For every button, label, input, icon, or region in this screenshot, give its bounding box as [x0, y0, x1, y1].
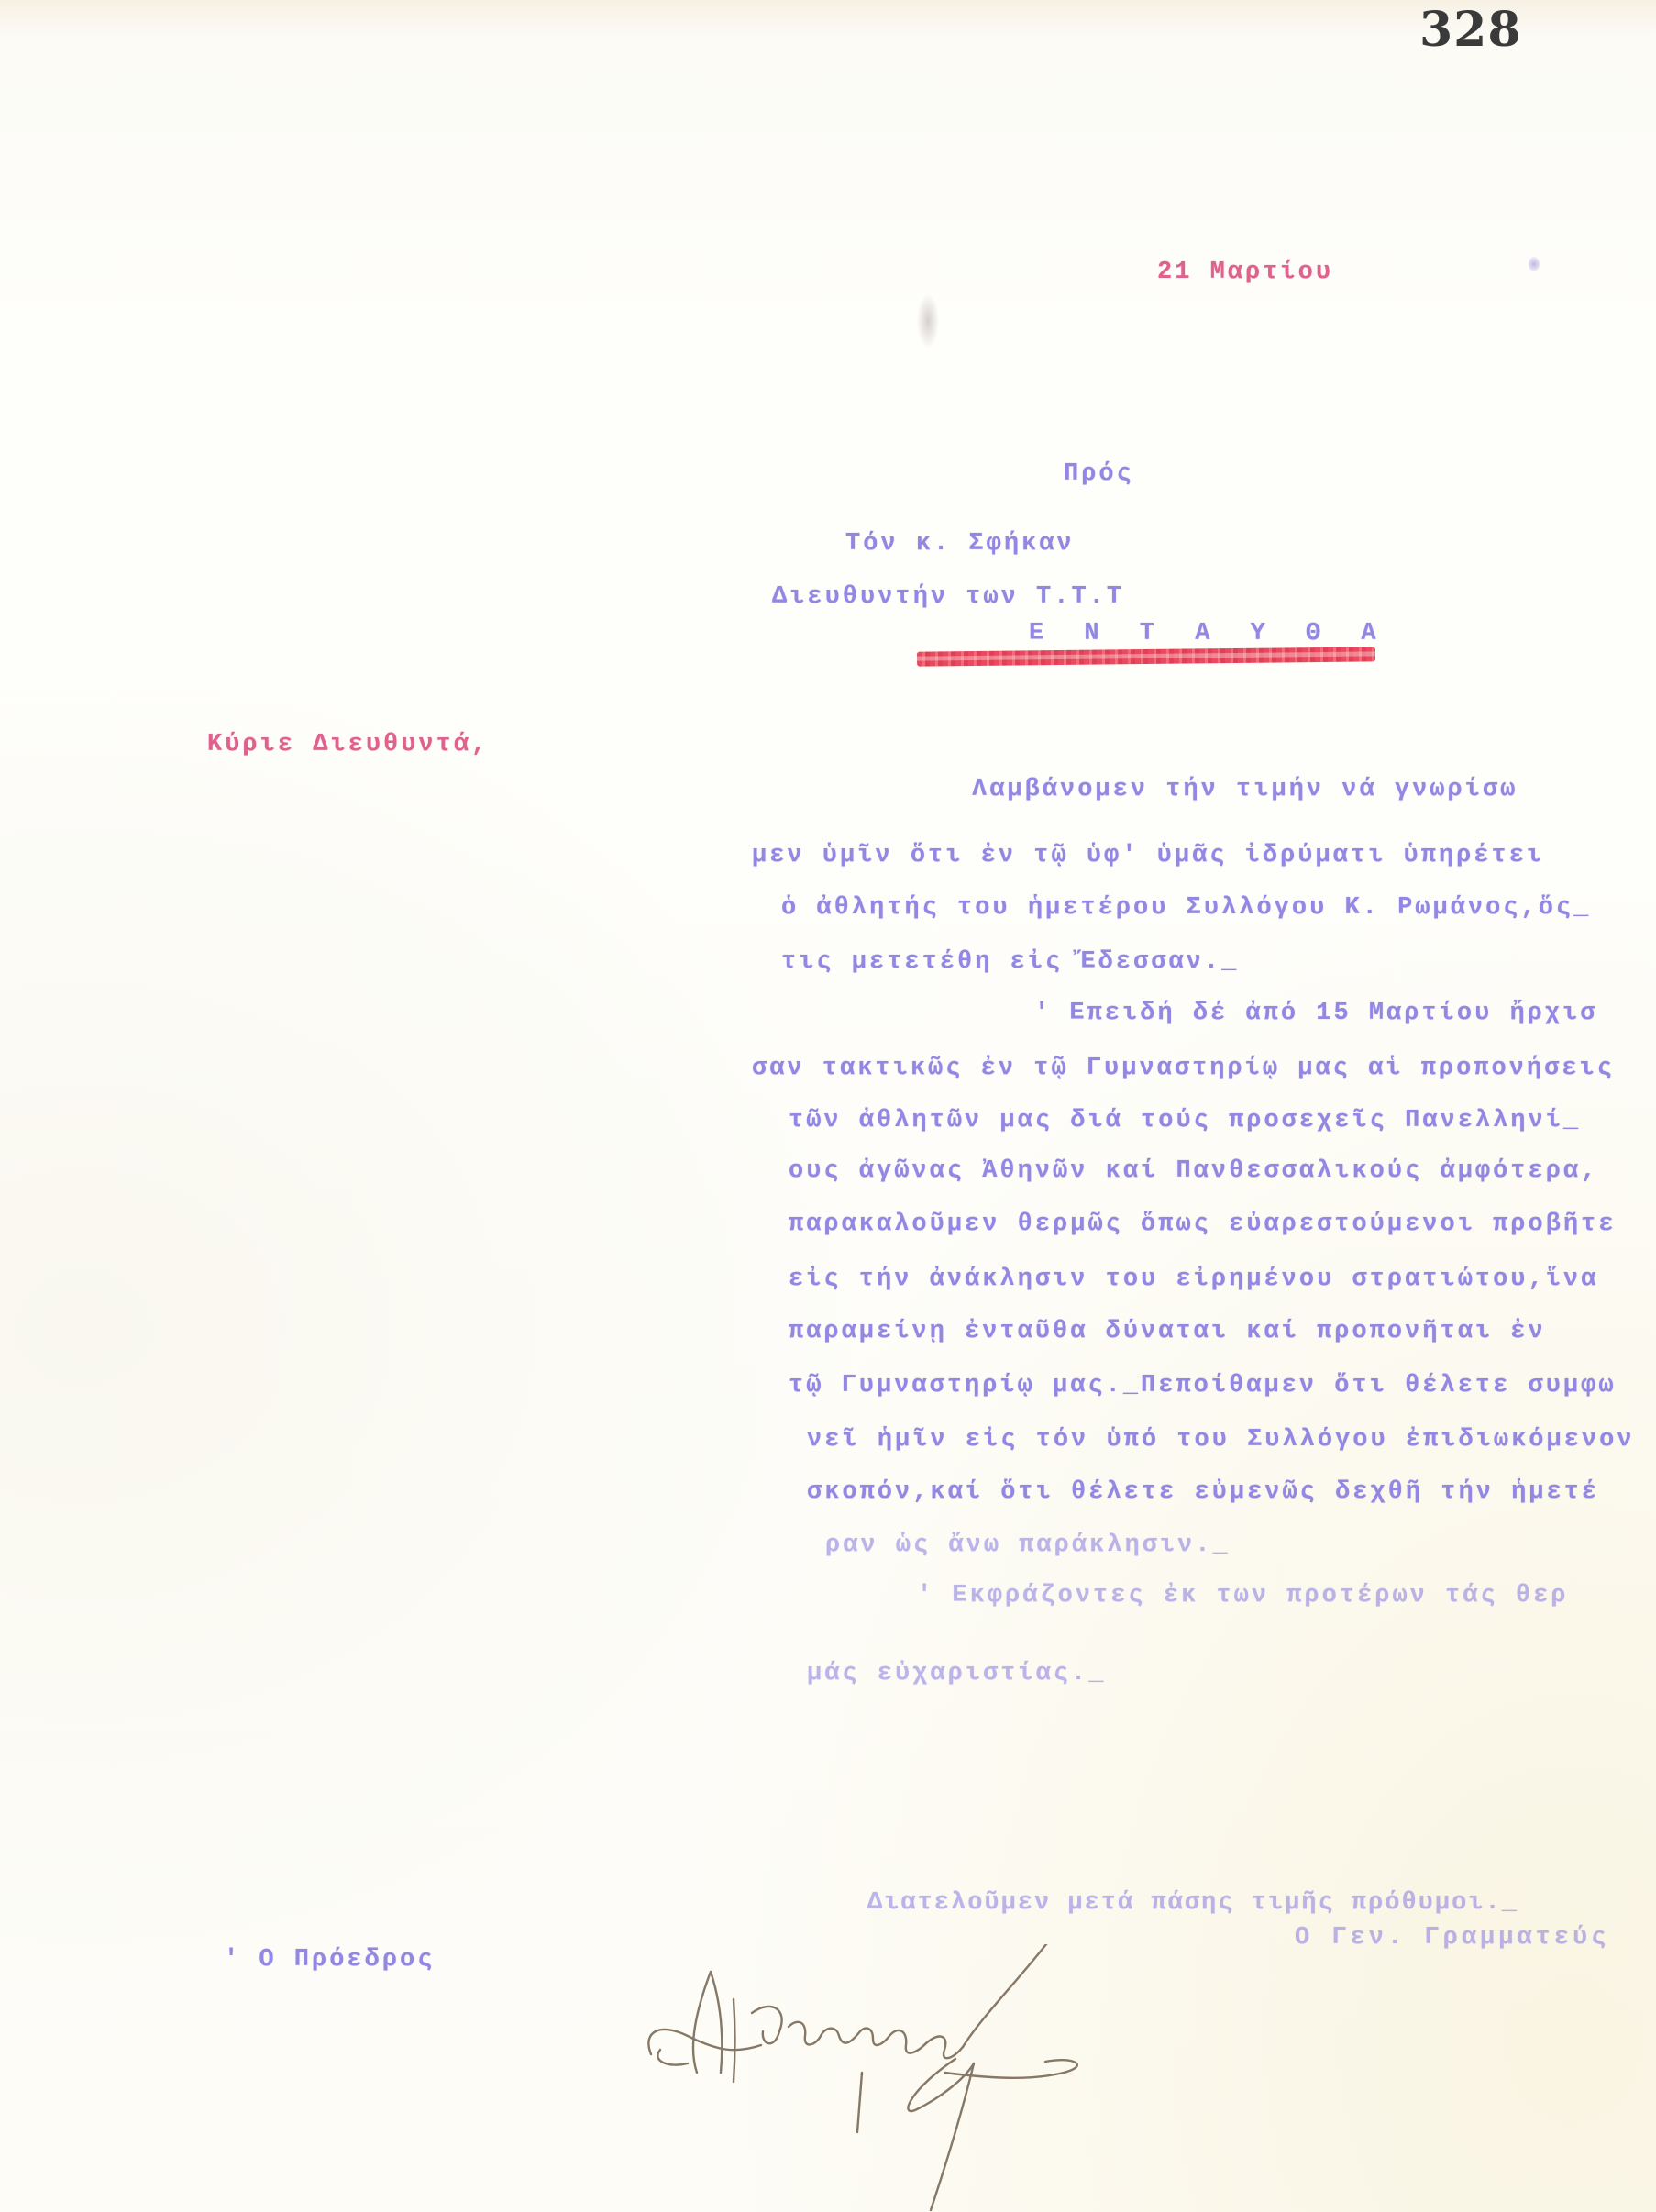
body-line: ραν ὡς ἄνω παράκλησιν._ [825, 1532, 1231, 1559]
body-line: τῷ Γυμναστηρίῳ μας._Πεποίθαμεν ὅτι θέλετ… [789, 1372, 1617, 1399]
closing-line: Διατελοῦμεν μετά πάσης τιμῆς πρόθυμοι._ [867, 1889, 1518, 1917]
paper-background [0, 0, 1656, 2212]
body-line: νεῖ ἡμῖν εἰς τόν ὑπό του Συλλόγου ἐπιδιω… [807, 1426, 1635, 1454]
salutation: Κύριε Διευθυντά, [207, 731, 489, 758]
address-recipient: Τόν κ. Σφήκαν [845, 530, 1075, 558]
address-location: Ε Ν Τ Α Υ Θ Α [1029, 620, 1389, 647]
body-line: ' Επειδή δέ ἀπό 15 Μαρτίου ἤρχισ [1034, 1000, 1597, 1027]
page-number: 328 [1419, 2, 1522, 58]
body-line: τις μετετέθη εἰς Ἔδεσσαν._ [781, 948, 1239, 976]
body-line: ' Εκφράζοντες ἐκ των προτέρων τάς θερ [917, 1582, 1569, 1609]
letter-date: 21 Μαρτίου [1157, 259, 1333, 286]
body-line: τῶν ἀθλητῶν μας διά τούς προσεχεῖς Πανελ… [789, 1107, 1581, 1134]
body-line: εἰς τήν ἀνάκλησιν του εἰρημένου στρατιώτ… [789, 1266, 1598, 1293]
president-title: ' Ο Πρόεδρος [224, 1946, 435, 1974]
body-line: Λαμβάνομεν τήν τιμήν νά γνωρίσω [972, 776, 1518, 803]
body-line: ους ἀγῶνας Ἀθηνῶν καί Πανθεσσαλικούς ἀμφ… [789, 1157, 1598, 1185]
address-title: Διευθυντήν των Τ.Τ.Τ [772, 583, 1124, 611]
body-line: παρακαλοῦμεν θερμῶς ὅπως εὐαρεστούμενοι … [789, 1211, 1617, 1238]
body-line: σαν τακτικῶς ἐν τῷ Γυμναστηρίῳ μας αἱ πρ… [752, 1055, 1615, 1082]
body-line: σκοπόν,καί ὅτι θέλετε εὐμενῶς δεχθῆ τήν … [807, 1478, 1599, 1506]
body-line: παραμείνῃ ἐνταῦθα δύναται καί προπονῆται… [789, 1318, 1546, 1345]
secretary-title: Ο Γεν. Γραμματεύς [1295, 1924, 1609, 1952]
signature [633, 1944, 1220, 2212]
body-line: ὁ ἀθλητής του ἡμετέρου Συλλόγου Κ. Ρωμάν… [781, 894, 1591, 922]
body-line: μάς εὐχαριστίας._ [807, 1660, 1106, 1687]
ink-smudge [917, 293, 939, 348]
body-line: μεν ὑμῖν ὅτι ἐν τῷ ὑφ' ὑμᾶς ἰδρύματι ὑπη… [752, 842, 1544, 869]
ink-dot [1529, 257, 1540, 271]
address-to: Πρός [1064, 460, 1134, 488]
